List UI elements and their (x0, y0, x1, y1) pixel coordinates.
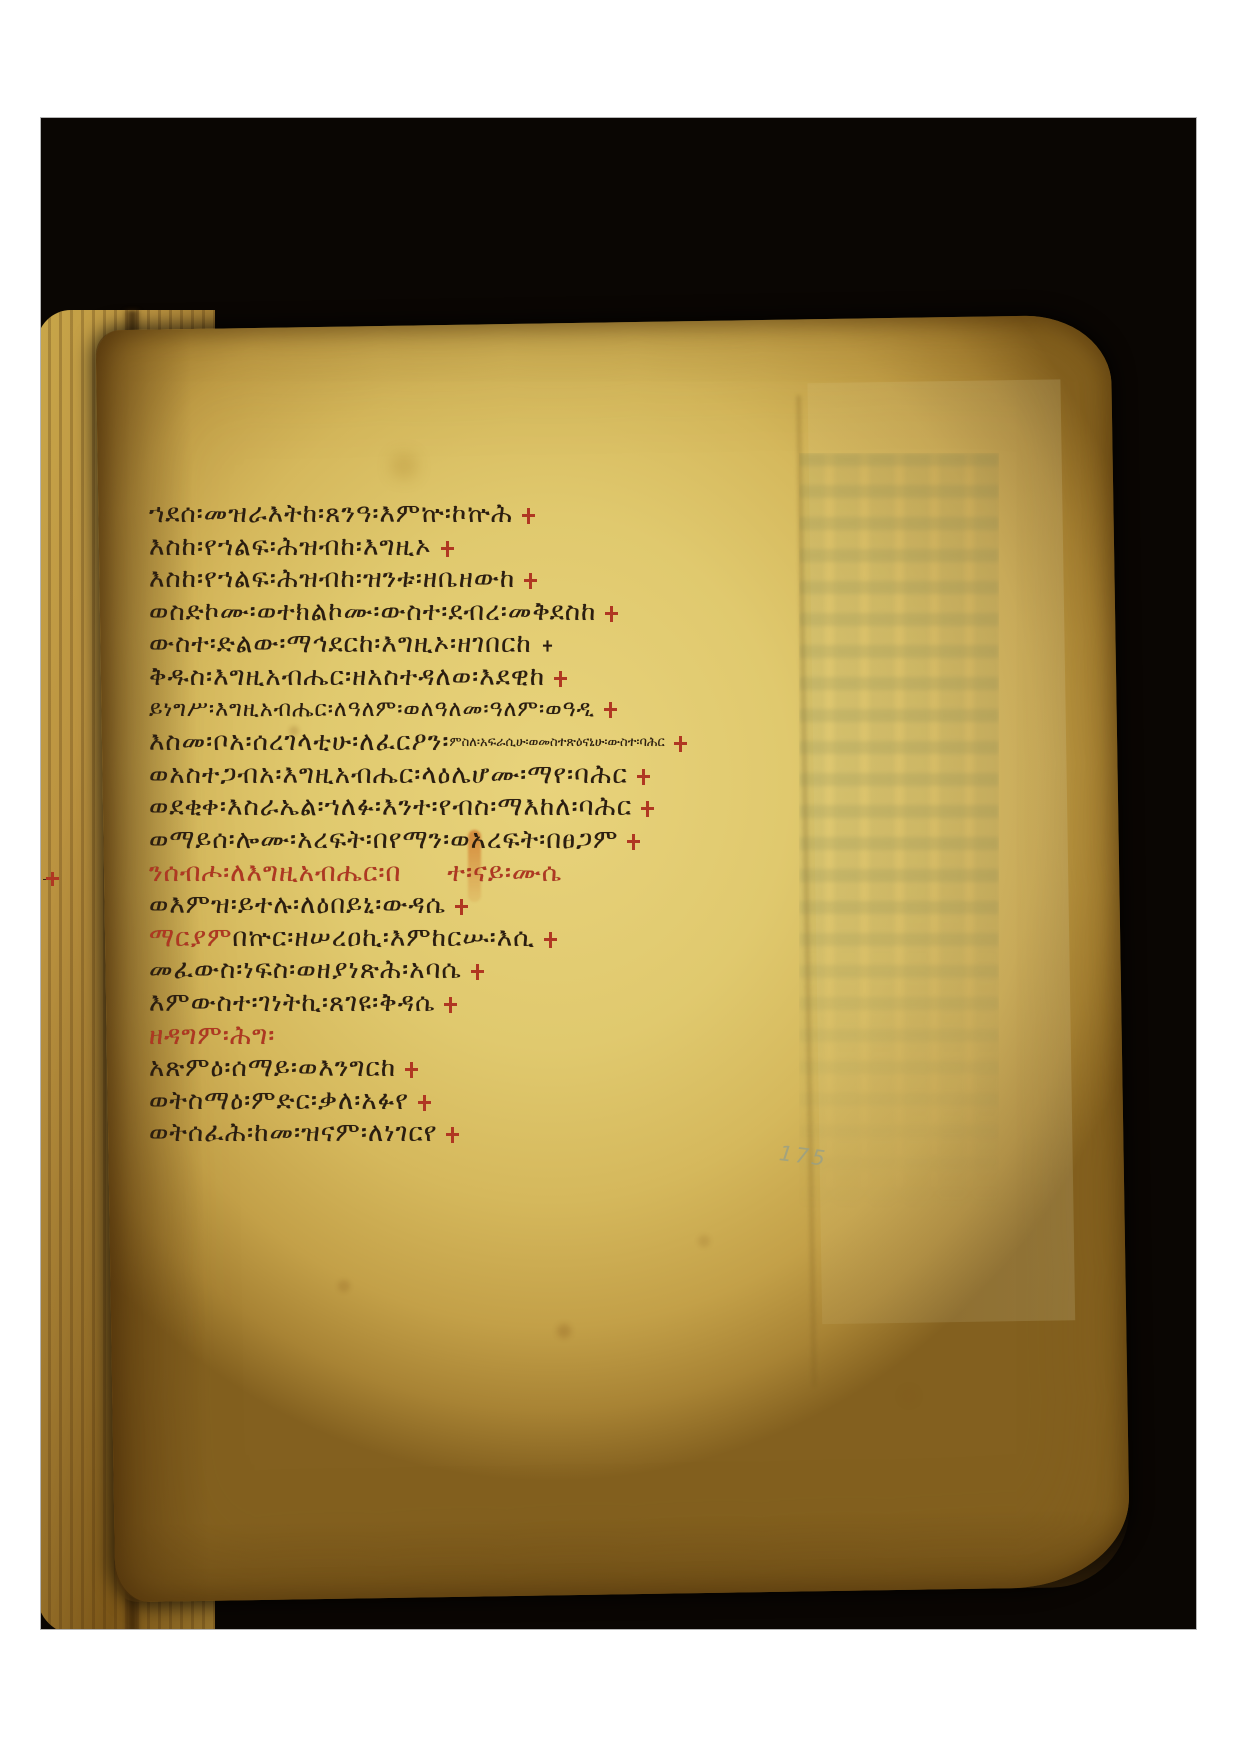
manuscript-line: ኀደሰ፡መዝራእትከ፡ጸንዓ፡እምኵ፡ኮኵሕ (149, 498, 989, 531)
ink-text: አጽምዕ፡ሰማይ፡ወእንግርከ (149, 1053, 396, 1083)
ink-text: እስከ፡የኀልፍ፡ሕዝብከ፡ዝንቱ፡ዘቤዘውከ (149, 564, 515, 594)
line-end-cross-icon (418, 1095, 431, 1111)
photo-black-field: ኀደሰ፡መዝራእትከ፡ጸንዓ፡እምኵ፡ኮኵሕእስከ፡የኀልፍ፡ሕዝብከ፡እግዚኦ… (40, 117, 1197, 1630)
line-end-cross-icon (446, 1127, 459, 1143)
ink-text: መፈውስ፡ነፍስ፡ወዘያነጽሕ፡አባሴ (149, 955, 462, 985)
rubric-text: ተ፡ናይ፡ሙሴ (447, 858, 562, 888)
line-end-cross-icon (604, 702, 617, 718)
manuscript-line: ቅዱስ፡እግዚአብሔር፡ዘአስተዳለወ፡እደዊከ (149, 661, 989, 694)
manuscript-line: እምውስተ፡ገነትኪ፡ጸገዩ፡ቅዳሴ (149, 987, 989, 1020)
bottom-edge-shadow (114, 1508, 1130, 1602)
ink-text: ውስተ፡ድልው፡ማኅደርከ፡እግዚኦ፡ዘገበርከ (149, 629, 532, 659)
manuscript-line: ንሰብሖ፡ለእግዚአብሔር፡በተ፡ናይ፡ሙሴ (149, 857, 989, 890)
ink-text: ወደቂቀ፡እስራኤል፡ኀለፉ፡እንተ፡የብስ፡ማእከለ፡ባሕር (149, 792, 632, 822)
ink-text: ወስድኮሙ፡ወተክልኮሙ፡ውስተ፡ደብረ፡መቅደስከ (149, 597, 596, 627)
ink-text: ምስለ፡አፍራሲሁ፡ወመስተጽዕናኒሁ፡ውስተ፡ባሕር (450, 735, 665, 750)
ink-text: ወማይሰ፡ሎሙ፡አረፍት፡በየማን፡ወአረፍት፡በፀጋም (149, 825, 618, 855)
manuscript-line: ወማይሰ፡ሎሙ፡አረፍት፡በየማን፡ወአረፍት፡በፀጋም (149, 824, 989, 857)
ink-text: ኀደሰ፡መዝራእትከ፡ጸንዓ፡እምኵ፡ኮኵሕ (149, 499, 513, 529)
manuscript-line: ውስተ፡ድልው፡ማኅደርከ፡እግዚኦ፡ዘገበርከ (149, 628, 989, 661)
line-end-cross-icon (674, 736, 687, 752)
line-end-cross-icon (455, 899, 468, 915)
rubric-text: ዘዳግም፡ሕግ፡ (149, 1021, 275, 1051)
line-end-cross-icon (605, 606, 618, 622)
line-end-cross-icon (627, 834, 640, 850)
line-end-cross-icon (544, 932, 557, 948)
manuscript-line: ወትስማዕ፡ምድር፡ቃለ፡አፉየ (149, 1085, 989, 1118)
manuscript-line: አጽምዕ፡ሰማይ፡ወእንግርከ (149, 1052, 989, 1085)
ink-text: ወትሰፈሕ፡ከመ፡ዝናም፡ለነገርየ (149, 1118, 437, 1148)
manuscript-photo-page: ኀደሰ፡መዝራእትከ፡ጸንዓ፡እምኵ፡ኮኵሕእስከ፡የኀልፍ፡ሕዝብከ፡እግዚኦ… (0, 0, 1238, 1753)
manuscript-line: እስከ፡የኀልፍ፡ሕዝብከ፡ዝንቱ፡ዘቤዘውከ (149, 563, 989, 596)
manuscript-line: መፈውስ፡ነፍስ፡ወዘያነጽሕ፡አባሴ (149, 954, 989, 987)
rubric-text: ንሰብሖ፡ለእግዚአብሔር፡በ (149, 858, 401, 888)
manuscript-line: ወትሰፈሕ፡ከመ፡ዝናም፡ለነገርየ (149, 1117, 989, 1150)
line-end-cross-icon (554, 671, 567, 687)
manuscript-line: እስከ፡የኀልፍ፡ሕዝብከ፡እግዚኦ (149, 531, 989, 564)
line-end-cross-icon (444, 997, 457, 1013)
ink-text: በኵር፡ዘሠረዐኪ፡እምከርሡ፡እሲ (232, 923, 535, 953)
ink-text: እምውስተ፡ገነትኪ፡ጸገዩ፡ቅዳሴ (149, 988, 435, 1018)
line-end-cross-icon (405, 1062, 418, 1078)
ink-text: እስመ፡ቦአ፡ሰረገላቲሁ፡ለፈርዖን፡ (149, 727, 450, 757)
ink-text: ቅዱስ፡እግዚአብሔር፡ዘአስተዳለወ፡እደዊከ (149, 662, 545, 692)
ink-text: እስከ፡የኀልፍ፡ሕዝብከ፡እግዚኦ (149, 532, 432, 562)
line-end-cross-icon (641, 801, 654, 817)
manuscript-line: ወደቂቀ፡እስራኤል፡ኀለፉ፡እንተ፡የብስ፡ማእከለ፡ባሕር (149, 791, 989, 824)
ink-text: ወእምዝ፡ይተሉ፡ለዕበይኒ፡ውዳሴ (149, 890, 446, 920)
manuscript-line: ወአስተጋብአ፡እግዚአብሔር፡ላዕሌሆሙ፡ማየ፡ባሕር (149, 759, 989, 792)
line-end-cross-icon (441, 541, 454, 557)
margin-cross-mark (43, 872, 63, 890)
manuscript-line: ወእምዝ፡ይተሉ፡ለዕበይኒ፡ውዳሴ (149, 889, 989, 922)
ink-text: ወአስተጋብአ፡እግዚአብሔር፡ላዕሌሆሙ፡ማየ፡ባሕር (149, 760, 628, 790)
rubric-text: ማርያም (149, 923, 232, 953)
line-end-cross-icon (522, 508, 535, 524)
ink-text: ይነግሥ፡እግዚአብሔር፡ለዓለም፡ወለዓለመ፡ዓለም፡ወዓዲ (149, 697, 595, 722)
text-block: ኀደሰ፡መዝራእትከ፡ጸንዓ፡እምኵ፡ኮኵሕእስከ፡የኀልፍ፡ሕዝብከ፡እግዚኦ… (149, 498, 989, 1150)
line-end-cross-icon (543, 641, 552, 652)
ink-text: ወትስማዕ፡ምድር፡ቃለ፡አፉየ (149, 1086, 409, 1116)
manuscript-line: ይነግሥ፡እግዚአብሔር፡ለዓለም፡ወለዓለመ፡ዓለም፡ወዓዲ (149, 694, 989, 727)
line-end-cross-icon (637, 769, 650, 785)
manuscript-line: ዘዳግም፡ሕግ፡ (149, 1020, 989, 1053)
foxing-spots (41, 118, 47, 124)
manuscript-line: እስመ፡ቦአ፡ሰረገላቲሁ፡ለፈርዖን፡ምስለ፡አፍራሲሁ፡ወመስተጽዕናኒሁ፡… (149, 726, 989, 759)
line-end-cross-icon (471, 964, 484, 980)
line-end-cross-icon (524, 573, 537, 589)
manuscript-line: ወስድኮሙ፡ወተክልኮሙ፡ውስተ፡ደብረ፡መቅደስከ (149, 596, 989, 629)
manuscript-line: ማርያምበኵር፡ዘሠረዐኪ፡እምከርሡ፡እሲ (149, 922, 989, 955)
